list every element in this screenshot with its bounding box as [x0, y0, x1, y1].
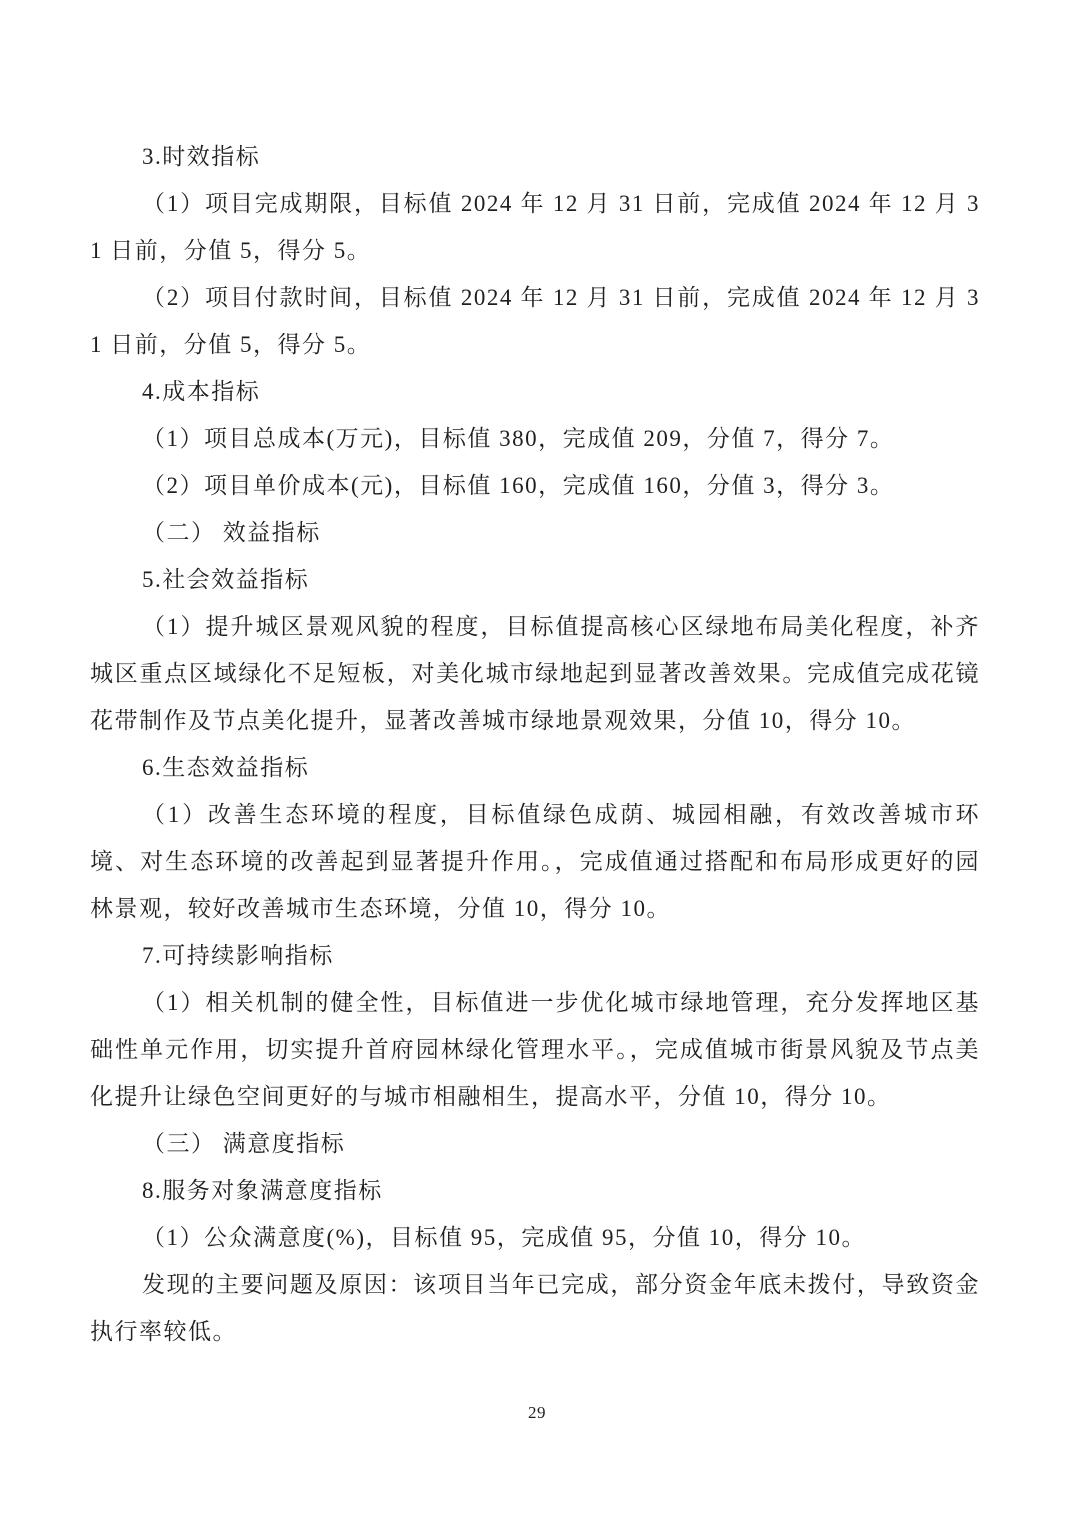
doc-paragraph-heading: 8.服务对象满意度指标 — [90, 1167, 980, 1214]
doc-paragraph-heading: （三） 满意度指标 — [90, 1120, 980, 1167]
doc-paragraph-heading: 6.生态效益指标 — [90, 744, 980, 791]
doc-paragraph-body: 发现的主要问题及原因：该项目当年已完成，部分资金年底未拨付，导致资金执行率较低。 — [90, 1261, 980, 1355]
doc-paragraph-heading: 5.社会效益指标 — [90, 556, 980, 603]
doc-paragraph-body: （1）项目完成期限，目标值 2024 年 12 月 31 日前，完成值 2024… — [90, 180, 980, 274]
doc-paragraph-body: （1）公众满意度(%)，目标值 95，完成值 95，分值 10，得分 10。 — [90, 1214, 980, 1261]
page-footer: 29 — [0, 1403, 1074, 1423]
doc-paragraph-heading: 4.成本指标 — [90, 368, 980, 415]
page-number: 29 — [528, 1403, 546, 1422]
doc-paragraph-body: （1）项目总成本(万元)，目标值 380，完成值 209，分值 7，得分 7。 — [90, 415, 980, 462]
doc-paragraph-body: （2）项目付款时间，目标值 2024 年 12 月 31 日前，完成值 2024… — [90, 274, 980, 368]
doc-paragraph-body: （1）相关机制的健全性，目标值进一步优化城市绿地管理，充分发挥地区基础性单元作用… — [90, 979, 980, 1120]
document-page: 3.时效指标（1）项目完成期限，目标值 2024 年 12 月 31 日前，完成… — [0, 0, 1074, 1520]
doc-paragraph-heading: 3.时效指标 — [90, 133, 980, 180]
doc-paragraph-body: （1）改善生态环境的程度，目标值绿色成荫、城园相融，有效改善城市环境、对生态环境… — [90, 791, 980, 932]
doc-paragraph-heading: （二） 效益指标 — [90, 509, 980, 556]
document-body: 3.时效指标（1）项目完成期限，目标值 2024 年 12 月 31 日前，完成… — [90, 133, 980, 1355]
doc-paragraph-body: （2）项目单价成本(元)，目标值 160，完成值 160，分值 3，得分 3。 — [90, 462, 980, 509]
doc-paragraph-heading: 7.可持续影响指标 — [90, 932, 980, 979]
doc-paragraph-body: （1）提升城区景观风貌的程度，目标值提高核心区绿地布局美化程度，补齐城区重点区域… — [90, 603, 980, 744]
